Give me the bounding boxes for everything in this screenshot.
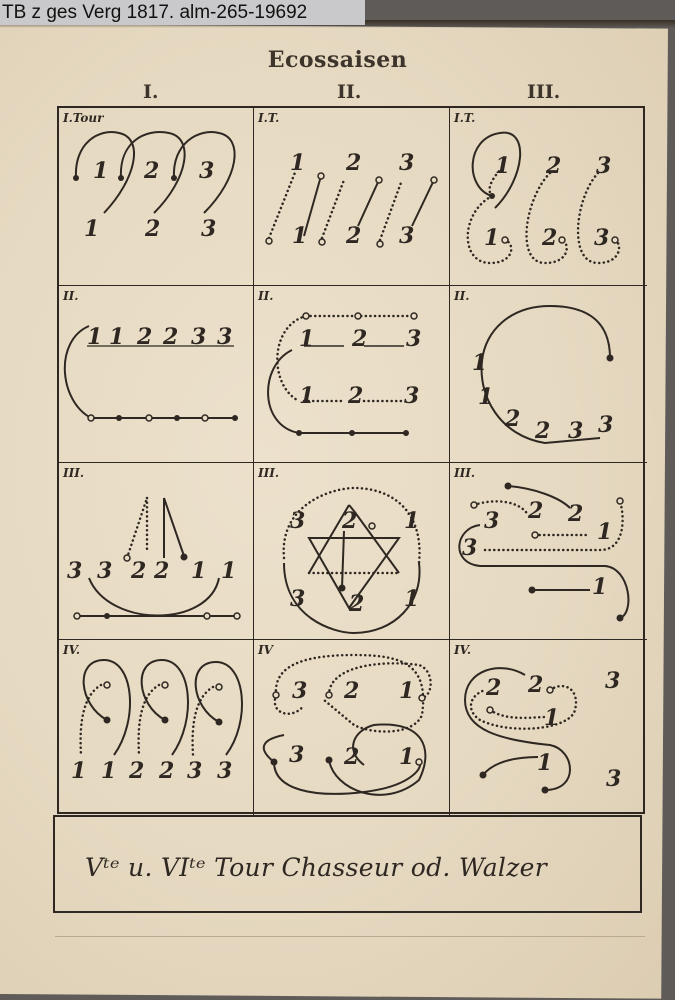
svg-text:1: 1 [101,758,116,784]
column-heading-1: I. [143,81,159,103]
svg-text:1: 1 [87,324,102,350]
svg-text:3: 3 [399,223,414,249]
svg-text:3: 3 [290,586,305,612]
svg-text:1: 1 [404,508,419,534]
svg-text:2: 2 [143,158,159,184]
svg-text:1: 1 [592,574,607,600]
svg-text:3: 3 [292,678,307,704]
svg-text:1: 1 [290,150,305,176]
svg-text:2: 2 [341,508,357,534]
circle-arc-diagram: 1 1 2 2 3 3 [450,286,647,463]
svg-text:2: 2 [351,326,367,352]
svg-text:3: 3 [568,418,583,444]
svg-text:3: 3 [187,758,202,784]
svg-text:2: 2 [153,558,169,584]
svg-text:1: 1 [399,744,414,770]
svg-text:3: 3 [199,158,214,184]
svg-text:3: 3 [399,150,414,176]
svg-text:3: 3 [484,508,499,534]
svg-text:2: 2 [345,223,361,249]
footer-caption: Vᵗᵉ u. VIᵗᵉ Tour Chasseur od. Walzer [85,853,547,882]
svg-text:2: 2 [527,672,543,698]
svg-text:3: 3 [290,508,305,534]
svg-text:3: 3 [462,535,477,561]
bottom-rule [55,936,645,937]
svg-text:2: 2 [567,501,583,527]
svg-text:1: 1 [221,558,236,584]
column-heading-3: III. [527,81,560,103]
svg-text:2: 2 [136,324,152,350]
svg-text:2: 2 [485,675,501,701]
svg-text:1: 1 [71,758,86,784]
column-heading-2: II. [337,81,361,103]
svg-text:1: 1 [544,705,559,731]
converging-lines-diagram: 3 3 2 2 1 1 [59,463,254,640]
svg-text:1: 1 [478,384,493,410]
figure-cell-r3c2: III. 3 2 1 3 2 1 [254,463,450,640]
svg-text:1: 1 [299,383,314,409]
svg-text:3: 3 [217,758,232,784]
svg-text:3: 3 [201,216,216,242]
svg-text:3: 3 [594,225,609,251]
svg-text:2: 2 [348,591,364,617]
page-title: Ecossaisen [0,47,675,73]
figure-cell-r4c2: IV 3 2 1 3 2 1 [254,640,450,816]
svg-text:2: 2 [130,558,146,584]
figure-cell-r1c2: I.T. 1 2 3 1 2 3 [254,108,450,286]
svg-text:1: 1 [109,324,124,350]
three-loops-diagram: 1 1 2 2 3 3 [59,640,254,816]
svg-text:1: 1 [399,678,414,704]
svg-text:1: 1 [537,750,552,776]
image-caption: TB z ges Verg 1817. alm-265-19692 [0,0,365,25]
hook-figure-diagram: 1 2 3 1 2 3 [450,108,647,286]
svg-text:3: 3 [404,383,419,409]
figure-cell-r4c1: IV. 1 1 2 2 3 3 [59,640,254,816]
svg-text:2: 2 [347,383,363,409]
svg-text:1: 1 [484,225,499,251]
svg-text:2: 2 [345,150,361,176]
svg-text:1: 1 [299,326,314,352]
svg-text:3: 3 [606,766,621,792]
svg-text:2: 2 [541,225,557,251]
svg-text:1: 1 [472,350,487,376]
figure-cell-r1c3: I.T. 1 2 3 1 2 3 [450,108,647,286]
svg-text:2: 2 [545,153,561,179]
crossing-curves-diagram: 3 2 1 3 2 1 [254,640,450,816]
dance-figure-grid: I.Tour 1 2 3 1 2 3 I.T. 1 2 3 1 2 [57,106,645,814]
svg-text:3: 3 [605,668,620,694]
svg-text:3: 3 [406,326,421,352]
loop-figure-diagram: 1 2 3 1 2 3 [59,108,254,286]
figure-cell-r1c1: I.Tour 1 2 3 1 2 3 [59,108,254,286]
diagonal-lines-diagram: 1 2 3 1 2 3 [254,108,450,286]
svg-text:2: 2 [128,758,144,784]
svg-text:2: 2 [504,406,520,432]
svg-text:2: 2 [527,498,543,524]
svg-text:2: 2 [343,678,359,704]
two-row-figure-diagram: 1 2 3 1 2 3 [254,286,450,463]
svg-text:3: 3 [596,153,611,179]
figure-cell-r3c1: III. 3 3 2 2 1 1 [59,463,254,640]
line-figure-diagram: 1 1 2 2 3 3 [59,286,254,463]
svg-text:1: 1 [191,558,206,584]
figure-cell-r4c3: IV. 2 2 3 1 1 3 [450,640,647,816]
svg-text:2: 2 [158,758,174,784]
figure-cell-r2c2: II. 1 2 3 1 2 3 [254,286,450,463]
svg-text:2: 2 [144,216,160,242]
figure-cell-r2c3: II. 1 1 2 2 3 3 [450,286,647,463]
svg-text:3: 3 [97,558,112,584]
figure-cell-r2c1: II. 1 1 2 2 3 3 [59,286,254,463]
footer-caption-box: Vᵗᵉ u. VIᵗᵉ Tour Chasseur od. Walzer [53,815,642,913]
svg-text:1: 1 [93,158,108,184]
star-in-circle-diagram: 3 2 1 3 2 1 [254,463,450,640]
svg-text:3: 3 [67,558,82,584]
svg-text:1: 1 [84,216,99,242]
s-path-figure-diagram: 3 2 2 3 1 1 [450,463,647,640]
svg-text:2: 2 [343,744,359,770]
spiral-figure-diagram: 2 2 3 1 1 3 [450,640,647,816]
svg-text:3: 3 [191,324,206,350]
svg-text:1: 1 [404,586,419,612]
svg-text:3: 3 [598,412,613,438]
svg-text:3: 3 [217,324,232,350]
svg-text:2: 2 [162,324,178,350]
figure-cell-r3c3: III. 3 2 2 3 1 1 [450,463,647,640]
svg-text:2: 2 [534,418,550,444]
svg-text:1: 1 [495,153,510,179]
svg-text:1: 1 [597,519,612,545]
svg-text:3: 3 [289,742,304,768]
svg-text:1: 1 [292,223,307,249]
